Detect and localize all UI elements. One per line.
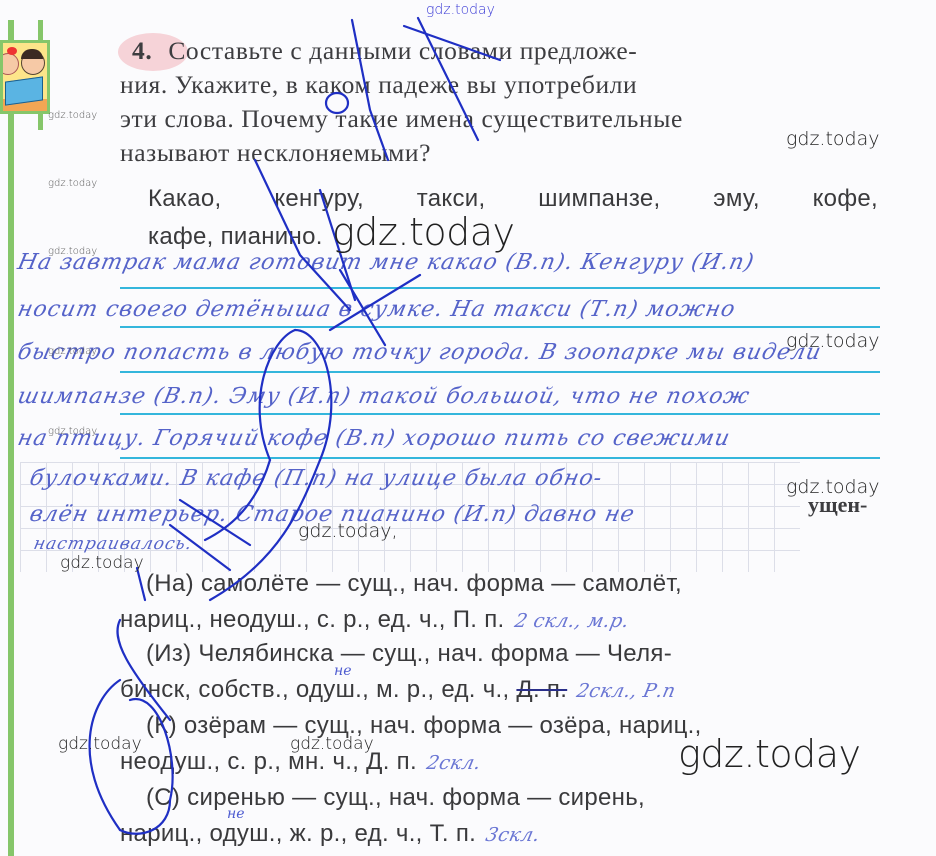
exercise-instructions: 4.Составьте с данными словами предложе- … [120,34,880,170]
watermark: gdz.today [58,734,142,754]
watermark: gdz.today [48,246,97,257]
handwritten-line: настраивалось. [32,534,194,554]
exercise-number: 4. [132,36,152,65]
handwritten-line: шимпанзе (В.п). Эму (И.п) такой большой,… [15,384,752,409]
correction-note: не [334,663,352,679]
watermark: gdz.today, [298,520,398,542]
page-margin-line [8,20,14,856]
handwritten-line: булочками. В кафе (П.п) на улице была об… [27,466,604,491]
watermark: gdz.today [786,128,880,150]
analysis-item: (Из) Челябинска — сущ., нач. форма — Чел… [120,636,880,709]
ruled-line [120,326,880,328]
watermark-large: gdz.today [332,210,515,254]
watermark-large: gdz.today [678,732,861,776]
ruled-line [120,457,880,459]
ruled-line [120,413,880,415]
correction-note: не [227,806,245,822]
watermark-top: gdz.today [426,2,495,18]
reading-children-icon [0,40,50,114]
watermark: gdz.today [786,330,880,352]
watermark: gdz.today [60,553,144,573]
analysis-item: (На) самолёте — сущ., нач. форма — самол… [120,566,880,639]
handwritten-line: на птицу. Горячий кофе (В.п) хорошо пить… [15,426,732,451]
watermark: gdz.today [48,178,97,189]
watermark: gdz.today [48,346,97,357]
handwritten-line: быстро попасть в любую точку города. В з… [15,340,824,365]
watermark: gdz.today [48,426,97,437]
handwritten-line: носит своего детёныша в сумке. На такси … [15,297,738,322]
ruled-line [120,287,880,289]
watermark: gdz.today [290,734,374,754]
watermark: gdz.today [786,476,880,498]
ruled-line [120,371,880,373]
watermark: gdz.today [48,110,97,121]
